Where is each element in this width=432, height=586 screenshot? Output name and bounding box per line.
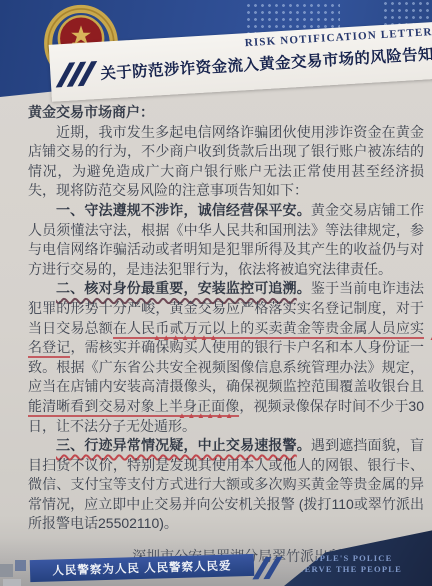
document-body: 黄金交易市场商户： 近期，我市发生多起电信网络诈骗团伙使用涉诈资金在黄金店铺交易… xyxy=(28,103,424,567)
section-3-heading: 三、行迹异常情况疑，中止交易速报警 xyxy=(56,437,297,453)
pixel-decoration xyxy=(0,564,13,577)
intro-text: 近期，我市发生多起电信网络诈骗团伙使用涉诈资金在黄金店铺交易的行为，不少商户收到… xyxy=(28,124,424,199)
diagonal-stripes-icon xyxy=(259,557,277,579)
emphasis-caret-marks: ▲▲▲▲▲▲ xyxy=(150,412,235,420)
section-2-heading: 二、核对身份最重要，安装监控可追溯 xyxy=(56,280,297,296)
document-photo: RISK NOTIFICATION LETTER 关于防范涉诈资金流入黄金交易市… xyxy=(0,0,432,586)
section-3-heading-period: 。 xyxy=(297,437,311,453)
section-1-paragraph: 一、守法遵规不涉诈，诚信经营保平安。黄金交易店铺工作人员须懂法守法，根据《中华人… xyxy=(28,201,424,279)
intro-paragraph: 近期，我市发生多起电信网络诈骗团伙使用涉诈资金在黄金店铺交易的行为，不少商户收到… xyxy=(28,123,424,201)
diagonal-stripes-icon xyxy=(62,61,91,87)
motto-line-2: SERVE THE PEOPLE xyxy=(299,564,402,575)
pixel-decoration xyxy=(15,560,26,571)
emphasis-caret-marks: ▲▲▲▲▲▲▲ xyxy=(125,334,219,342)
section-1-heading: 一、守法遵规不涉诈，诚信经营保平安。 xyxy=(56,202,311,218)
section-2-paragraph: 二、核对身份最重要，安装监控可追溯。鉴于当前电诈违法犯罪的形势十分严峻，黄金交易… xyxy=(28,279,424,436)
red-underlined-phrase-camera: 能清晰看到交易对象上半身正面像▲▲▲▲▲▲ xyxy=(28,398,239,417)
salutation-line: 黄金交易市场商户： xyxy=(28,103,424,123)
header-banner: RISK NOTIFICATION LETTER 关于防范涉诈资金流入黄金交易市… xyxy=(0,0,432,100)
emphasis-caret-marks: ▲▲▲▲ xyxy=(401,334,432,342)
footer-banner: 人民警察为人民 人民警察人民爱 PEOPLE'S POLICE SERVE TH… xyxy=(0,524,432,586)
section-3-paragraph: 三、行迹异常情况疑，中止交易速报警。遇到遮挡面貌，盲目扫货不议价，特别是发现其使… xyxy=(28,436,424,534)
pixel-decoration xyxy=(3,579,21,586)
section-2-text-2: ，需核实并确保购买人使用的银行卡户名和本人身份证一致。根据《广东省公共安全视频图… xyxy=(28,339,424,394)
section-2-heading-period: 。 xyxy=(297,280,311,296)
police-slogan: 人民警察为人民 人民警察人民爱 xyxy=(52,558,232,579)
